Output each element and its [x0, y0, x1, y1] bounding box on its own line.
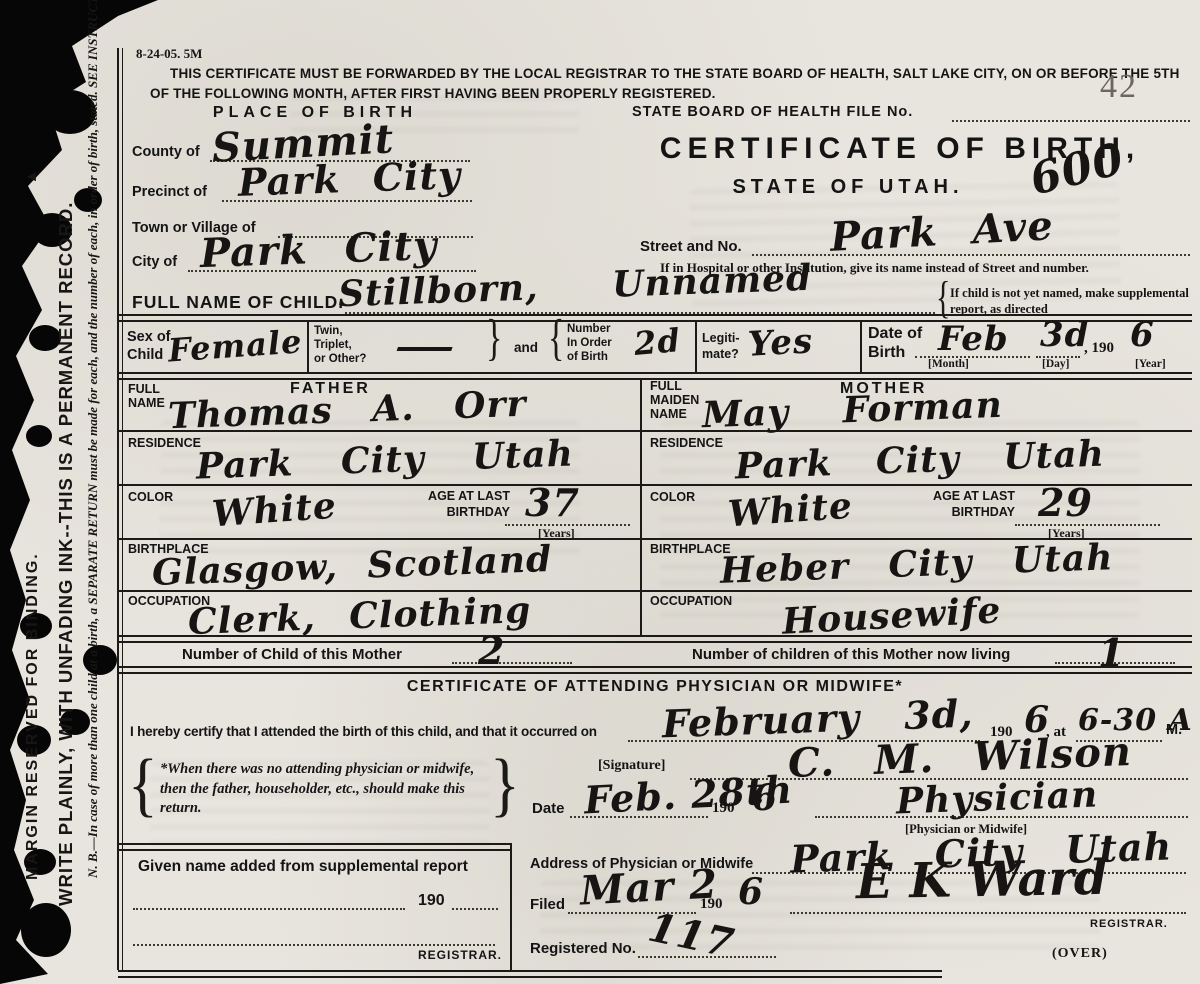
mother-occupation-value: Housewife — [781, 592, 1002, 639]
mother-color-label: COLOR — [650, 490, 695, 504]
supplemental-year: 190 — [418, 892, 445, 910]
physician-footnote: *When there was no attending physician o… — [160, 760, 488, 819]
child-name-label: FULL NAME OF CHILD. — [132, 292, 344, 313]
rule — [118, 590, 1192, 592]
birth-order-value: 2d — [633, 324, 682, 360]
legitimate-label: Legiti- mate? — [702, 331, 740, 362]
mother-age-value: 29 — [1038, 484, 1093, 522]
margin-ink-note: WRITE PLAINLY, WITH UNFADING INK--THIS I… — [55, 202, 77, 906]
form-code: 8-24-05. 5M — [136, 46, 202, 62]
parent-column-divider — [640, 378, 642, 635]
form-left-border — [117, 48, 123, 970]
over-label: (OVER) — [1052, 946, 1108, 962]
mother-age-label: AGE AT LAST BIRTHDAY — [905, 488, 1015, 521]
father-age-label: AGE AT LAST BIRTHDAY — [400, 488, 510, 521]
margin-binding-note: MARGIN RESERVED FOR BINDING. — [24, 552, 42, 880]
forwarding-notice: THIS CERTIFICATE MUST BE FORWARDED BY TH… — [150, 64, 1190, 103]
return-year-value: 6 — [752, 780, 778, 816]
father-color-label: COLOR — [128, 490, 173, 504]
month-bracket: [Month] — [928, 358, 969, 370]
mother-color-value: White — [727, 488, 854, 533]
dotted-line — [452, 662, 572, 664]
twin-label: Twin, Triplet, or Other? — [314, 325, 366, 366]
dob-day-value: 3d — [1040, 318, 1089, 352]
registrar-label: REGISTRAR. — [1090, 918, 1168, 930]
precinct-value: Park City — [237, 156, 461, 202]
rule — [118, 843, 510, 851]
cell-divider — [860, 320, 862, 372]
dotted-line — [133, 908, 405, 910]
dotted-line — [790, 912, 1186, 914]
cell-divider — [695, 320, 697, 372]
dob-month-value: Feb — [938, 322, 1009, 356]
twin-value: — — [394, 330, 457, 364]
mother-name-value: May Forman — [701, 387, 1003, 433]
dotted-line — [752, 254, 1190, 256]
cell-divider — [307, 320, 309, 372]
dotted-line — [133, 944, 495, 946]
rule — [118, 314, 1192, 322]
dob-year-printed: , 190 — [1084, 340, 1114, 357]
mother-residence-label: RESIDENCE — [650, 436, 723, 450]
filed-year-value: 6 — [738, 874, 764, 910]
brace: { — [548, 314, 564, 365]
brace: } — [486, 314, 502, 365]
unnamed-note: If child is not yet named, make suppleme… — [950, 286, 1190, 317]
binding-arrow-icon: ◄ — [24, 168, 39, 185]
legitimate-value: Yes — [747, 324, 814, 361]
precinct-label: Precinct of — [132, 184, 207, 200]
meridiem-label: M. — [1166, 722, 1182, 738]
file-no-label: STATE BOARD OF HEALTH FILE No. — [632, 104, 913, 120]
sex-label: Sex of Child — [127, 328, 171, 364]
rule — [118, 970, 942, 978]
and-label: and — [514, 340, 538, 355]
mother-occupation-label: OCCUPATION — [650, 594, 732, 608]
county-label: County of — [132, 144, 200, 160]
city-value: Park City — [199, 226, 438, 274]
sex-value: Female — [167, 325, 303, 366]
city-label: City of — [132, 254, 177, 270]
child-number-value: 2 — [478, 632, 505, 670]
certify-label: I hereby certify that I attended the bir… — [130, 724, 597, 739]
street-value: Park Ave — [829, 206, 1055, 258]
birth-certificate-scan: MARGIN RESERVED FOR BINDING. ◄ WRITE PLA… — [0, 0, 1200, 984]
margin-nb-note: N. B.—In case of more than one child at … — [84, 0, 102, 878]
registrar-signature-value: E K Ward — [856, 854, 1108, 906]
day-bracket: [Day] — [1042, 358, 1069, 370]
street-label: Street and No. — [640, 238, 742, 255]
return-date-label: Date — [532, 800, 565, 817]
father-color-value: White — [211, 488, 338, 533]
dob-label-1: Date of — [868, 325, 922, 343]
father-age-value: 37 — [525, 484, 580, 522]
filed-label: Filed — [530, 896, 565, 913]
signature-label: [Signature] — [598, 758, 665, 774]
child-number-label: Number of Child of this Mother — [182, 646, 402, 663]
rule — [118, 635, 1192, 643]
father-residence-label: RESIDENCE — [128, 436, 201, 450]
mother-name-label: FULL MAIDEN NAME — [650, 380, 699, 421]
page-stamp: 42 — [1100, 68, 1138, 106]
dob-year-value: 6 — [1130, 318, 1155, 352]
footnote-brace-right: } — [490, 749, 520, 820]
footnote-brace-left: { — [128, 749, 158, 820]
registered-no-label: Registered No. — [530, 940, 636, 957]
supplemental-registrar-label: REGISTRAR. — [418, 948, 502, 962]
dotted-line — [952, 120, 1190, 122]
birth-order-label: Number In Order of Birth — [567, 323, 612, 364]
role-value: Physician — [895, 776, 1098, 819]
filed-value: Mar 2 — [579, 864, 719, 911]
physician-section-title: CERTIFICATE OF ATTENDING PHYSICIAN OR MI… — [118, 678, 1192, 696]
year-bracket: [Year] — [1135, 358, 1166, 370]
bottom-box-divider — [510, 843, 512, 972]
children-living-label: Number of children of this Mother now li… — [692, 646, 1010, 663]
dotted-line — [452, 908, 498, 910]
filed-year-printed: 190 — [700, 896, 723, 913]
father-name-label: FULL NAME — [128, 382, 165, 411]
rule — [118, 666, 1192, 674]
supplemental-label: Given name added from supplemental repor… — [138, 858, 468, 876]
dob-label-2: Birth — [868, 344, 905, 362]
state-subtitle: STATE OF UTAH. — [608, 176, 1088, 199]
return-year-printed: 190 — [712, 800, 735, 817]
